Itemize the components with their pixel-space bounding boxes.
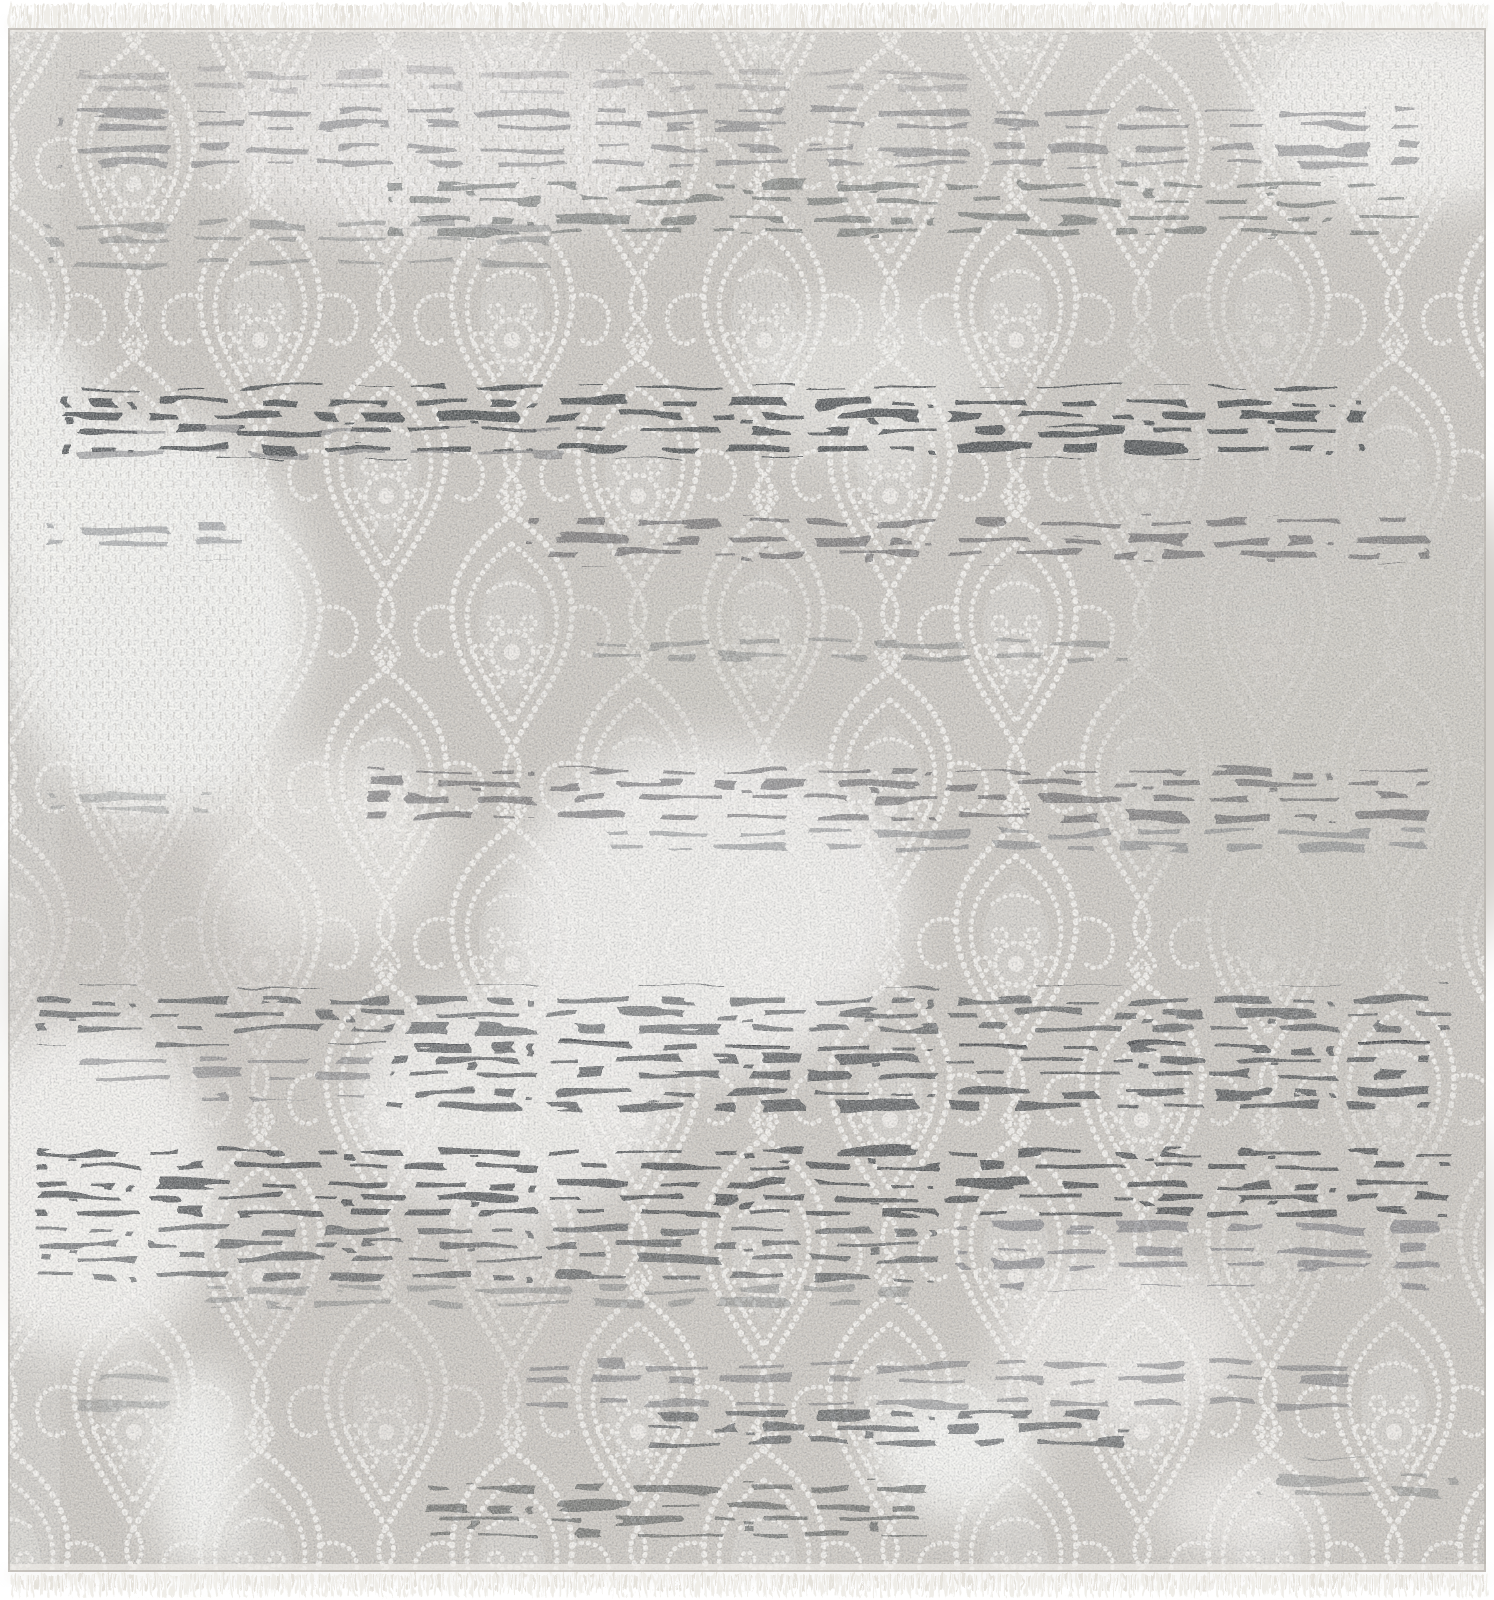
rug-photo-canvas: [0, 0, 1494, 1600]
rug-body: [0, 18, 1494, 1573]
grain-light-layer: [8, 28, 1486, 1572]
bottom-fringe: [8, 1572, 1486, 1596]
top-fringe: [8, 2, 1486, 29]
bottom-fringe-tassels: [8, 1572, 1486, 1596]
rug-product-photo: [0, 0, 1494, 1600]
top-fringe-tassels: [8, 2, 1486, 28]
